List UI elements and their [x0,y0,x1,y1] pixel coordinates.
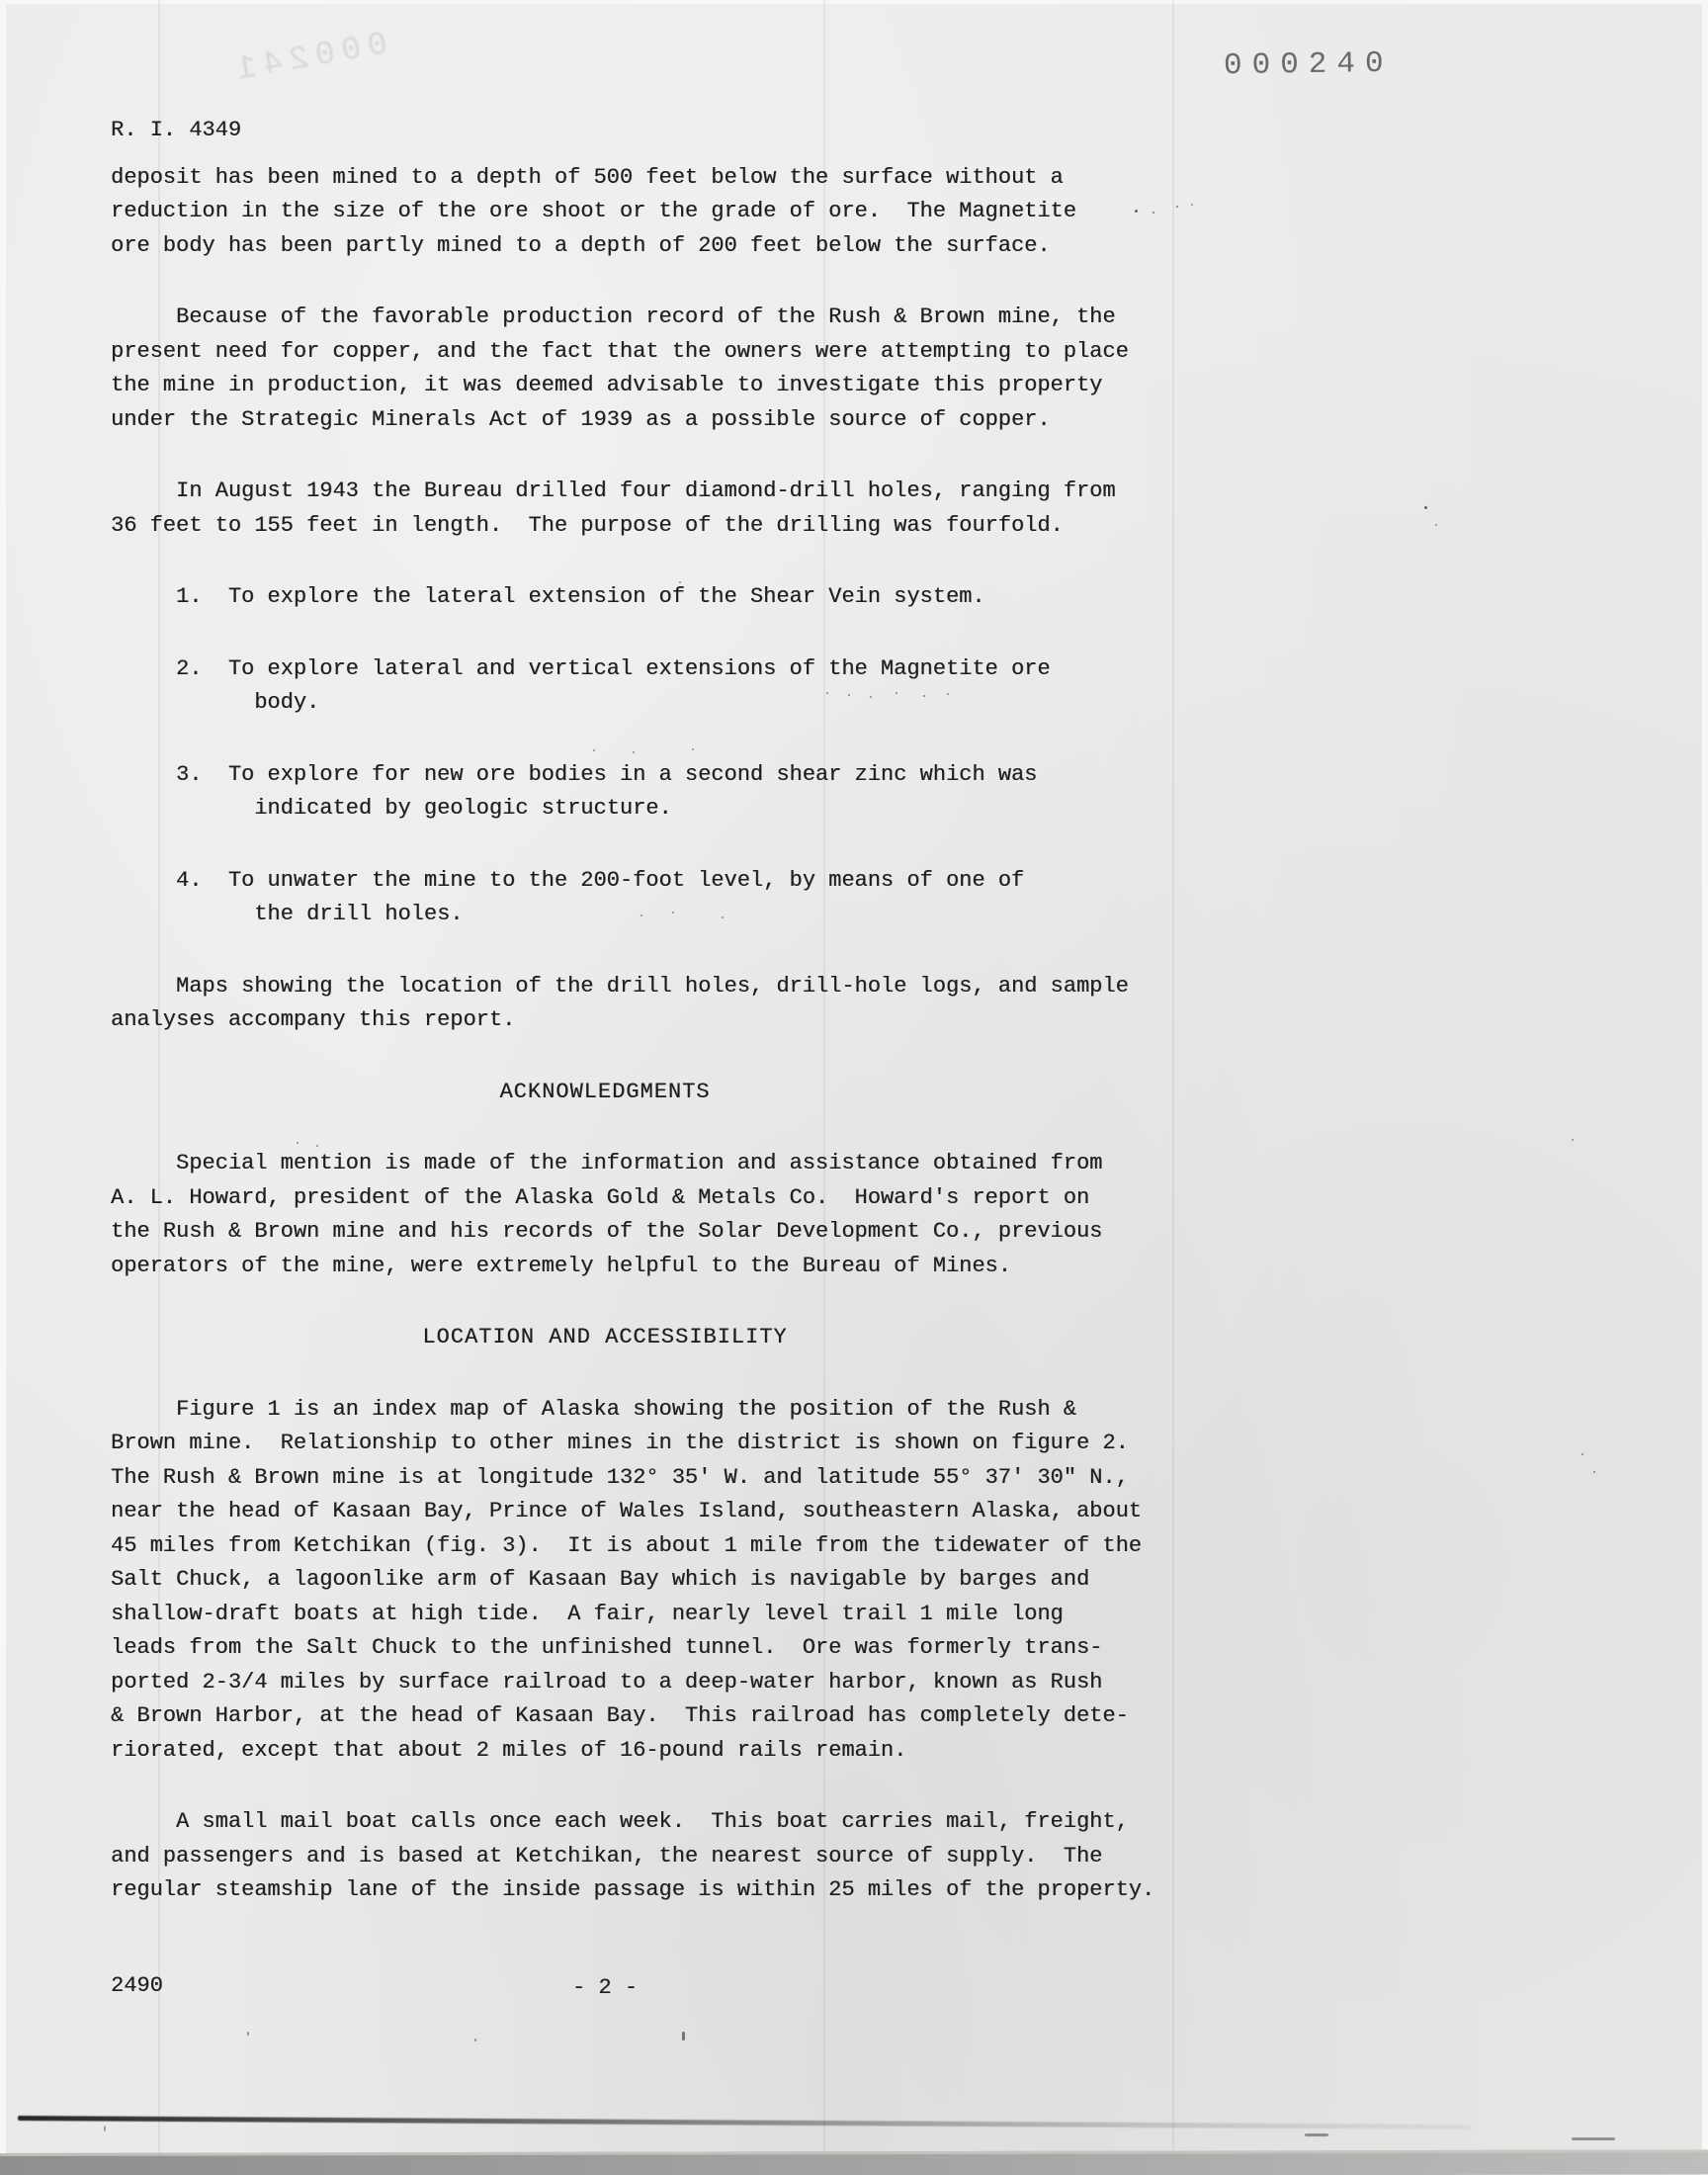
list-item-objective-4: 4. To unwater the mine to the 200-foot l… [111,864,1198,932]
list-item-objective-2: 2. To explore lateral and vertical exten… [111,652,1198,721]
paragraph-mail-boat: A small mail boat calls once each week. … [111,1805,1198,1908]
section-heading-location: LOCATION AND ACCESSIBILITY [111,1321,1099,1355]
scanned-document-page: { "document": { "report_number": "R. I. … [0,0,1708,2175]
paragraph-maps: Maps showing the location of the drill h… [111,970,1198,1038]
paragraph-drilling-1943: In August 1943 the Bureau drilled four d… [111,475,1198,543]
stamp-serial-number: 000240 [1224,46,1394,83]
paragraph-acknowledgments: Special mention is made of the informati… [111,1147,1198,1283]
section-heading-acknowledgments: ACKNOWLEDGMENTS [111,1076,1099,1110]
list-item-objective-3: 3. To explore for new ore bodies in a se… [111,758,1198,826]
paragraph-intro-deposit: deposit has been mined to a depth of 500… [111,161,1198,264]
paragraph-investigation-reason: Because of the favorable production reco… [111,301,1198,437]
text-column: R. I. 4349 deposit has been mined to a d… [111,114,1198,1946]
page-edge-shadow [0,2149,1708,2175]
list-item-objective-1: 1. To explore the lateral extension of t… [111,580,1198,615]
report-number: R. I. 4349 [111,114,1198,148]
footer-page-number: - 2 - [111,1975,1099,2000]
paragraph-location: Figure 1 is an index map of Alaska showi… [111,1393,1198,1769]
